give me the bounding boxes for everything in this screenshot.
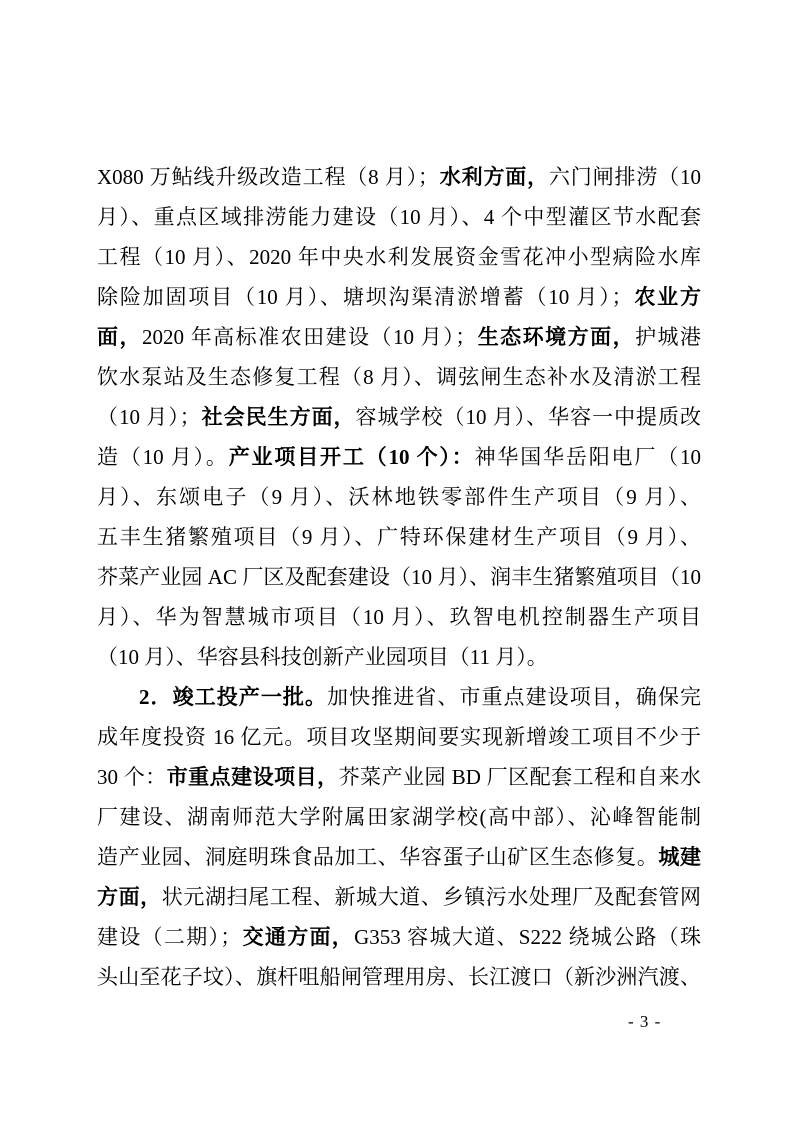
text-run: 月）、东颂电子（9 月）、沃林地铁零部件生产项目（9 月）、 [97,485,701,509]
text-line: 方面，状元湖扫尾工程、新城大道、乡镇污水处理厂及配套管网 [97,877,701,917]
text-line: （10 月）、华容县科技创新产业园项目（11 月）。 [97,637,701,677]
text-line: 成年度投资 16 亿元。项目攻坚期间要实现新增竣工项目不少于 [97,717,701,757]
text-run: 造产业园、洞庭明珠食品加工、华容蛋子山矿区生态修复。 [97,845,658,869]
text-run: 月）、华为智慧城市项目（10 月）、玖智电机控制器生产项目 [97,605,701,629]
text-run: 头山至花子坟）、旗杆咀船闸管理用房、长江渡口（新沙洲汽渡、 [97,965,701,989]
text-run: 加快推进省、市重点建设项目，确保完 [327,685,701,709]
text-run: 成年度投资 16 亿元。项目攻坚期间要实现新增竣工项目不少于 [97,725,701,749]
text-run: （10 月）、华容县科技创新产业园项目（11 月）。 [97,645,548,669]
text-line: 头山至花子坟）、旗杆咀船闸管理用房、长江渡口（新沙洲汽渡、 [97,957,701,997]
bold-text-run: 面， [97,325,142,349]
text-run: 神华国华岳阳电厂（10 [475,445,701,469]
text-run: G353 容城大道、S222 绕城公路（珠 [354,925,701,949]
text-line: 除险加固项目（10 月）、塘坝沟渠清淤增蓄（10 月）；农业方 [97,277,701,317]
bold-text-run: 农业方 [633,285,701,309]
text-run: 护城港 [635,325,701,349]
bold-text-run: 社会民生方面， [201,405,356,429]
bold-text-run: 产业项目开工（10 个）： [229,445,475,469]
text-line: 厂建设、湖南师范大学附属田家湖学校(高中部）、沁峰智能制 [97,797,701,837]
bold-text-run: 城建 [658,845,701,869]
bold-text-run: 交通方面， [241,925,354,949]
text-run: 建设（二期）； [97,925,241,949]
text-run: 芥菜产业园 BD 厂区配套工程和自来水 [339,765,701,789]
text-line: 2．竣工投产一批。加快推进省、市重点建设项目，确保完 [97,677,701,717]
text-line: 造产业园、洞庭明珠食品加工、华容蛋子山矿区生态修复。城建 [97,837,701,877]
text-run: 厂建设、湖南师范大学附属田家湖学校(高中部）、沁峰智能制 [97,805,701,829]
text-line: （10 月）；社会民生方面，容城学校（10 月）、华容一中提质改 [97,397,701,437]
text-line: 面，2020 年高标准农田建设（10 月）；生态环境方面，护城港 [97,317,701,357]
bold-text-run: 生态环境方面， [476,325,635,349]
text-run: 状元湖扫尾工程、新城大道、乡镇污水处理厂及配套管网 [162,885,701,909]
text-line: 月）、重点区域排涝能力建设（10 月）、4 个中型灌区节水配套 [97,197,701,237]
text-run: 造（10 月）。 [97,445,229,469]
text-run: 工程（10 月）、2020 年中央水利发展资金雪花冲小型病险水库 [97,245,701,269]
bold-text-run: 方面， [97,885,162,909]
text-run: 2020 年高标准农田建设（10 月）； [142,325,476,349]
text-line: 芥菜产业园 AC 厂区及配套建设（10 月）、润丰生猪繁殖项目（10 [97,557,701,597]
bold-text-run: 水利方面， [439,165,549,189]
bold-text-run: 2．竣工投产一批。 [139,685,327,709]
text-run: 除险加固项目（10 月）、塘坝沟渠清淤增蓄（10 月）； [97,285,633,309]
document-body: X080 万鲇线升级改造工程（8 月）；水利方面，六门闸排涝（10月）、重点区域… [97,157,701,997]
text-run: 六门闸排涝（10 [549,165,701,189]
text-run: 五丰生猪繁殖项目（9 月）、广特环保建材生产项目（9 月）、 [97,525,701,549]
text-run: 30 个： [97,765,167,789]
text-run: 月）、重点区域排涝能力建设（10 月）、4 个中型灌区节水配套 [97,205,701,229]
text-run: 容城学校（10 月）、华容一中提质改 [356,405,701,429]
text-line: 五丰生猪繁殖项目（9 月）、广特环保建材生产项目（9 月）、 [97,517,701,557]
text-run: 饮水泵站及生态修复工程（8 月）、调弦闸生态补水及清淤工程 [97,365,701,389]
text-line: 饮水泵站及生态修复工程（8 月）、调弦闸生态补水及清淤工程 [97,357,701,397]
text-run: 芥菜产业园 AC 厂区及配套建设（10 月）、润丰生猪繁殖项目（10 [97,565,701,589]
text-run: （10 月）； [97,405,201,429]
text-line: 月）、东颂电子（9 月）、沃林地铁零部件生产项目（9 月）、 [97,477,701,517]
text-line: 建设（二期）；交通方面，G353 容城大道、S222 绕城公路（珠 [97,917,701,957]
text-line: 工程（10 月）、2020 年中央水利发展资金雪花冲小型病险水库 [97,237,701,277]
text-line: 造（10 月）。产业项目开工（10 个）：神华国华岳阳电厂（10 [97,437,701,477]
text-line: X080 万鲇线升级改造工程（8 月）；水利方面，六门闸排涝（10 [97,157,701,197]
text-run: X080 万鲇线升级改造工程（8 月）； [97,165,439,189]
text-line: 30 个：市重点建设项目，芥菜产业园 BD 厂区配套工程和自来水 [97,757,701,797]
page-number: - 3 - [628,1010,661,1034]
text-line: 月）、华为智慧城市项目（10 月）、玖智电机控制器生产项目 [97,597,701,637]
bold-text-run: 市重点建设项目， [167,765,339,789]
document-page: X080 万鲇线升级改造工程（8 月）；水利方面，六门闸排涝（10月）、重点区域… [0,0,793,1122]
